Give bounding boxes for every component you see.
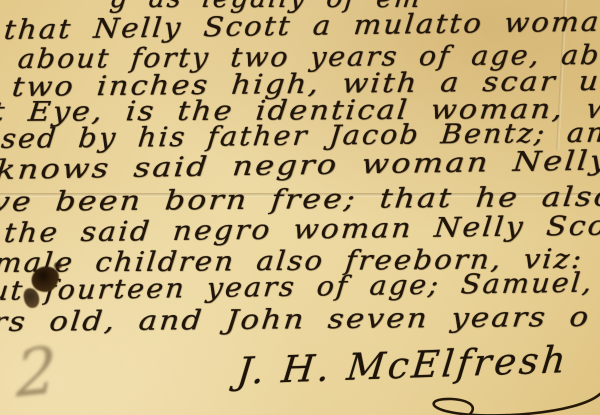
manuscript-line: rs old, and John seven years o <box>0 302 592 338</box>
ink-blot-stain <box>54 262 62 269</box>
pencil-smudge-mark: 2 <box>16 334 56 413</box>
signature: J. H. McElfresh <box>235 338 571 392</box>
document-paper: g as legally of em that Nelly Scott a mu… <box>0 0 600 415</box>
manuscript-line: the said negro woman Nelly Scott <box>3 210 600 249</box>
signature-flourish <box>418 390 600 415</box>
